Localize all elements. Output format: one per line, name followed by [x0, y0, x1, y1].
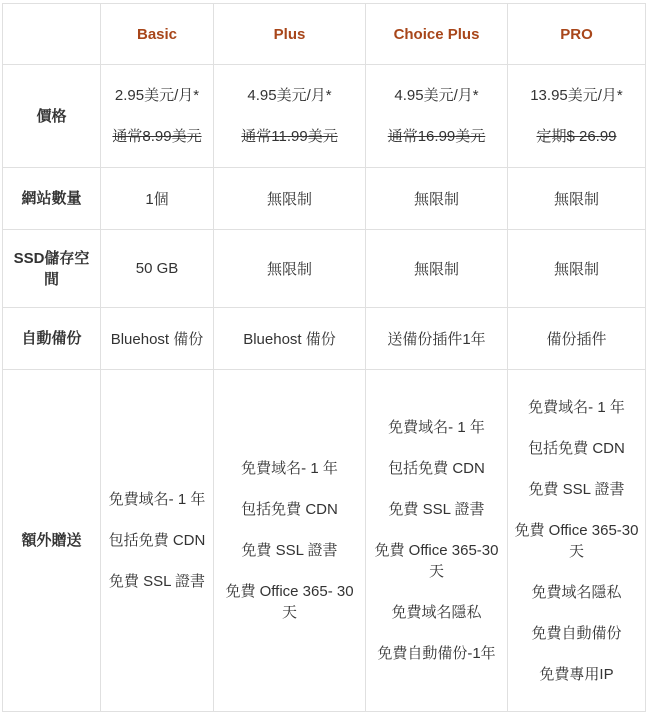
extras-cell-basic: 免費域名- 1 年 包括免費 CDN 免費 SSL 證書 — [101, 370, 214, 712]
websites-row: 網站數量 1個 無限制 無限制 無限制 — [3, 168, 646, 230]
plan-header-plus: Plus — [214, 4, 366, 65]
plan-header-choice-plus: Choice Plus — [366, 4, 508, 65]
extra-item: 免費專用IP — [514, 664, 639, 685]
regular-price: 通常11.99美元 — [220, 126, 359, 147]
extra-item: 免費 Office 365-30 天 — [514, 520, 639, 562]
header-row: Basic Plus Choice Plus PRO — [3, 4, 646, 65]
pricing-table: Basic Plus Choice Plus PRO 價格 2.95美元/月* … — [2, 3, 646, 712]
extra-item: 包括免費 CDN — [514, 438, 639, 459]
websites-cell-basic: 1個 — [101, 168, 214, 230]
price-row: 價格 2.95美元/月* 通常8.99美元 4.95美元/月* 通常11.99美… — [3, 65, 646, 168]
extra-item: 免費 Office 365-30 天 — [372, 540, 501, 582]
extra-item: 包括免費 CDN — [220, 499, 359, 520]
backup-cell-basic: Bluehost 備份 — [101, 308, 214, 370]
extras-cell-pro: 免費域名- 1 年 包括免費 CDN 免費 SSL 證書 免費 Office 3… — [508, 370, 646, 712]
row-label-price: 價格 — [3, 65, 101, 168]
extra-item: 免費域名- 1 年 — [107, 489, 207, 510]
extras-cell-plus: 免費域名- 1 年 包括免費 CDN 免費 SSL 證書 免費 Office 3… — [214, 370, 366, 712]
extras-row: 額外贈送 免費域名- 1 年 包括免費 CDN 免費 SSL 證書 免費域名- … — [3, 370, 646, 712]
extra-item: 免費域名- 1 年 — [372, 417, 501, 438]
row-label-backup: 自動備份 — [3, 308, 101, 370]
price-cell-basic: 2.95美元/月* 通常8.99美元 — [101, 65, 214, 168]
extra-item: 免費 SSL 證書 — [220, 540, 359, 561]
corner-cell — [3, 4, 101, 65]
current-price: 2.95美元/月* — [107, 85, 207, 106]
storage-cell-plus: 無限制 — [214, 230, 366, 308]
price-cell-pro: 13.95美元/月* 定期$ 26.99 — [508, 65, 646, 168]
regular-price: 通常16.99美元 — [372, 126, 501, 147]
extra-item: 免費域名- 1 年 — [514, 397, 639, 418]
storage-cell-choice-plus: 無限制 — [366, 230, 508, 308]
storage-row: SSD儲存空間 50 GB 無限制 無限制 無限制 — [3, 230, 646, 308]
pricing-comparison-page: Basic Plus Choice Plus PRO 價格 2.95美元/月* … — [0, 0, 656, 720]
extra-item: 免費域名隱私 — [372, 602, 501, 623]
extra-item: 包括免費 CDN — [372, 458, 501, 479]
extra-item: 免費域名- 1 年 — [220, 458, 359, 479]
extra-item: 免費域名隱私 — [514, 582, 639, 603]
plan-header-pro: PRO — [508, 4, 646, 65]
extra-item: 免費 SSL 證書 — [514, 479, 639, 500]
extra-item: 免費自動備份-1年 — [372, 643, 501, 664]
extra-item: 免費自動備份 — [514, 623, 639, 644]
websites-cell-pro: 無限制 — [508, 168, 646, 230]
regular-price: 通常8.99美元 — [107, 126, 207, 147]
backup-row: 自動備份 Bluehost 備份 Bluehost 備份 送備份插件1年 備份插… — [3, 308, 646, 370]
extras-cell-choice-plus: 免費域名- 1 年 包括免費 CDN 免費 SSL 證書 免費 Office 3… — [366, 370, 508, 712]
row-label-extras: 額外贈送 — [3, 370, 101, 712]
storage-cell-basic: 50 GB — [101, 230, 214, 308]
storage-cell-pro: 無限制 — [508, 230, 646, 308]
current-price: 4.95美元/月* — [372, 85, 501, 106]
extra-item: 免費 Office 365- 30 天 — [220, 581, 359, 623]
backup-cell-pro: 備份插件 — [508, 308, 646, 370]
price-cell-choice-plus: 4.95美元/月* 通常16.99美元 — [366, 65, 508, 168]
websites-cell-plus: 無限制 — [214, 168, 366, 230]
extra-item: 免費 SSL 證書 — [107, 571, 207, 592]
price-cell-plus: 4.95美元/月* 通常11.99美元 — [214, 65, 366, 168]
current-price: 13.95美元/月* — [514, 85, 639, 106]
row-label-websites: 網站數量 — [3, 168, 101, 230]
extra-item: 包括免費 CDN — [107, 530, 207, 551]
regular-price: 定期$ 26.99 — [514, 126, 639, 147]
plan-header-basic: Basic — [101, 4, 214, 65]
websites-cell-choice-plus: 無限制 — [366, 168, 508, 230]
extra-item: 免費 SSL 證書 — [372, 499, 501, 520]
backup-cell-plus: Bluehost 備份 — [214, 308, 366, 370]
current-price: 4.95美元/月* — [220, 85, 359, 106]
row-label-storage: SSD儲存空間 — [3, 230, 101, 308]
backup-cell-choice-plus: 送備份插件1年 — [366, 308, 508, 370]
